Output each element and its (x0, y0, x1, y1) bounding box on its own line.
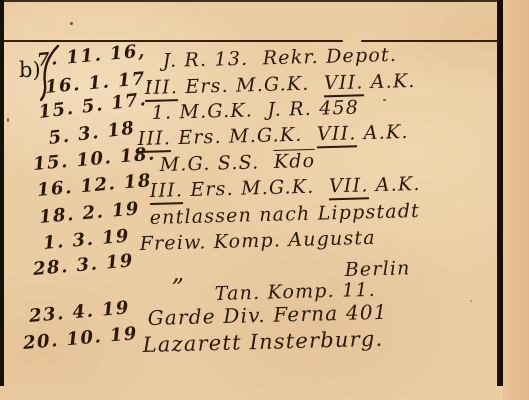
corps-numeral-underlined: VII. (317, 122, 357, 148)
entry-text-mid: Ers. M.G.K. (171, 123, 317, 149)
entry-text-mid: Ers. M.G.K. (183, 175, 329, 201)
unit-numeral-underlined: III. (144, 76, 178, 102)
top-rule (0, 0, 529, 2)
entry-text: M.G. S.S. Kdo (159, 150, 315, 176)
entry-place: Berlin (344, 257, 410, 281)
corps-numeral-underlined: VII. (324, 71, 364, 97)
header-rule-left-segment (3, 40, 343, 42)
record-row: 20. 10. 19 Lazarett Insterburg. (0, 333, 500, 363)
entry-text-tail: A.K. (368, 173, 421, 196)
header-rule-right-segment (361, 40, 498, 42)
entry-text-tail: A.K. (363, 70, 416, 93)
record-card-scan: b) 7. 11. 16, J. R. 13. Rekr. Depot. 16.… (0, 0, 529, 400)
abbreviation-overlined: Kdo (274, 150, 316, 173)
right-margin-paper (503, 0, 529, 400)
entry-text: Garde Div. Ferna 401 (147, 300, 388, 330)
paper-speck (383, 99, 386, 101)
paper-speck (470, 300, 472, 302)
entry-text-tail: A.K. (356, 121, 409, 144)
unit-numeral-underlined: III. (149, 179, 183, 205)
entry-text: J. R. 13. Rekr. Depot. (162, 44, 397, 72)
corps-numeral-underlined: VII. (329, 174, 369, 200)
entry-text-lead: M.G. S.S. (159, 151, 274, 176)
paper-speck (70, 22, 73, 25)
entry-text: Lazarett Insterburg. (142, 327, 383, 357)
paper-speck (7, 118, 9, 122)
entry-text-mid: Ers. M.G.K. (178, 72, 324, 98)
entry-text: 1. M.G.K. J. R. 458 (151, 97, 359, 124)
